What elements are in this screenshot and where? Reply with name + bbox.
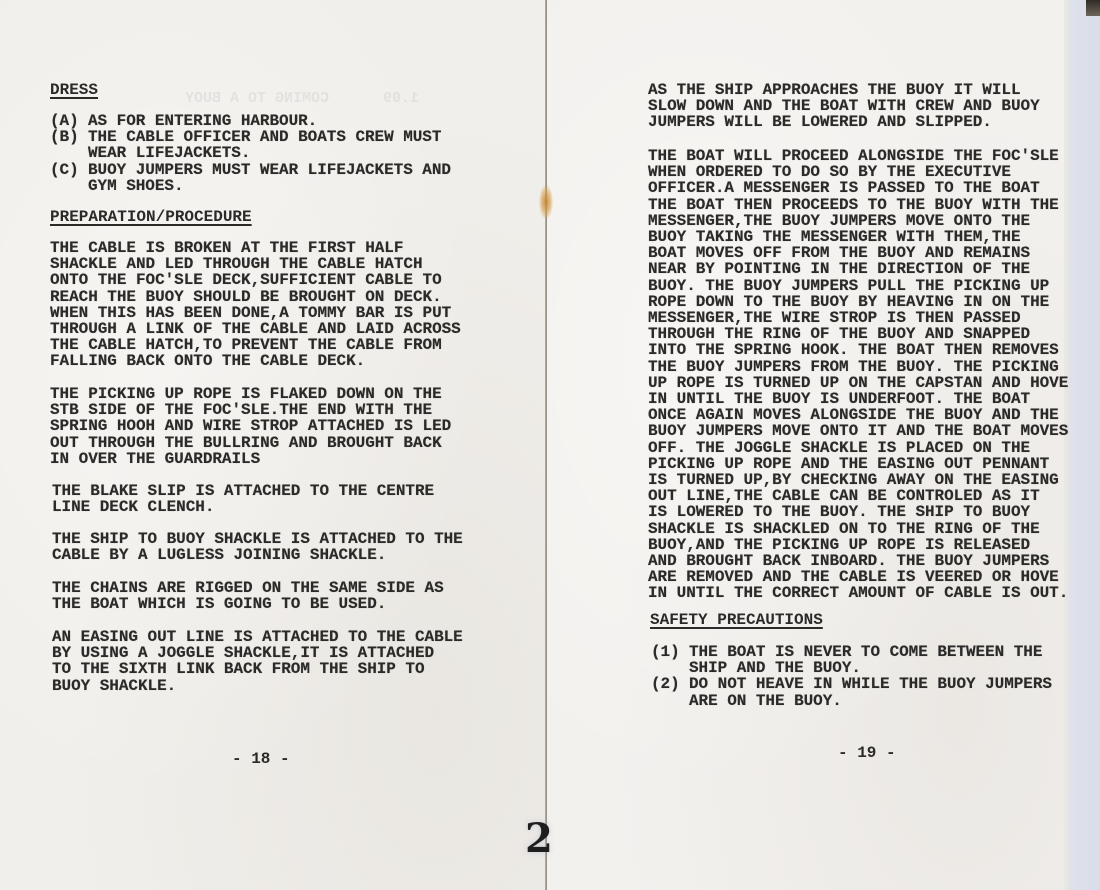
paragraph-text: AN EASING OUT LINE IS ATTACHED TO THE CA… [52,629,463,694]
list-text: THE BOAT IS NEVER TO COME BETWEEN THE [689,644,1042,660]
booklet-spread: 1.09 COMING TO A BUOY DRESS (A) AS FOR E… [0,0,1100,890]
right-paragraph-2: THE BOAT WILL PROCEED ALONGSIDE THE FOC'… [648,148,1068,602]
list-text: THE CABLE OFFICER AND BOATS CREW MUST [88,129,441,145]
list-text: AS FOR ENTERING HARBOUR. [88,113,317,129]
procedure-heading: PREPARATION/PROCEDURE [50,208,252,226]
paragraph-text: THE BLAKE SLIP IS ATTACHED TO THE CENTRE… [52,483,434,515]
list-text: BUOY JUMPERS MUST WEAR LIFEJACKETS AND [88,162,451,178]
safety-item-1-cont: SHIP AND THE BUOY. [651,660,1052,676]
dress-heading: DRESS [50,81,98,99]
dress-item-b-cont: WEAR LIFEJACKETS. [50,145,451,161]
safety-item-2-cont: ARE ON THE BUOY. [651,693,1052,709]
booklet-spine [545,0,547,890]
list-text: SHIP AND THE BUOY. [689,660,861,676]
list-marker: (A) [50,113,88,129]
safety-list: (1) THE BOAT IS NEVER TO COME BETWEEN TH… [651,644,1052,709]
list-marker: (C) [50,162,88,178]
paragraph-text: THE BOAT WILL PROCEED ALONGSIDE THE FOC'… [648,148,1068,602]
list-text: DO NOT HEAVE IN WHILE THE BUOY JUMPERS [689,676,1052,692]
scanner-corner-shadow [1086,0,1100,16]
procedure-paragraph-4: THE SHIP TO BUOY SHACKLE IS ATTACHED TO … [52,531,463,563]
list-text: WEAR LIFEJACKETS. [88,145,250,161]
safety-item-1: (1) THE BOAT IS NEVER TO COME BETWEEN TH… [651,644,1052,660]
dress-list: (A) AS FOR ENTERING HARBOUR. (B) THE CAB… [50,113,451,194]
list-marker: (1) [651,644,689,660]
paragraph-text: AS THE SHIP APPROACHES THE BUOY IT WILL … [648,82,1040,131]
safety-item-2: (2) DO NOT HEAVE IN WHILE THE BUOY JUMPE… [651,676,1052,692]
gutter-handwritten-mark: 2 [525,815,553,862]
procedure-paragraph-1: THE CABLE IS BROKEN AT THE FIRST HALF SH… [50,240,461,370]
dress-item-c: (C) BUOY JUMPERS MUST WEAR LIFEJACKETS A… [50,162,451,178]
procedure-paragraph-2: THE PICKING UP ROPE IS FLAKED DOWN ON TH… [50,386,451,467]
paragraph-text: THE CHAINS ARE RIGGED ON THE SAME SIDE A… [52,580,444,612]
paragraph-text: THE SHIP TO BUOY SHACKLE IS ATTACHED TO … [52,531,463,563]
dress-item-c-cont: GYM SHOES. [50,178,451,194]
paragraph-text: THE PICKING UP ROPE IS FLAKED DOWN ON TH… [50,386,451,467]
right-paragraph-1: AS THE SHIP APPROACHES THE BUOY IT WILL … [648,82,1040,131]
procedure-paragraph-5: THE CHAINS ARE RIGGED ON THE SAME SIDE A… [52,580,444,612]
page-number-left: - 18 - [232,750,290,768]
page-number-right: - 19 - [838,744,896,762]
procedure-paragraph-3: THE BLAKE SLIP IS ATTACHED TO THE CENTRE… [52,483,434,515]
list-marker: (2) [651,676,689,692]
dress-item-b: (B) THE CABLE OFFICER AND BOATS CREW MUS… [50,129,451,145]
procedure-paragraph-6: AN EASING OUT LINE IS ATTACHED TO THE CA… [52,629,463,694]
scanner-background-edge [1064,0,1100,890]
list-text: GYM SHOES. [88,178,184,194]
dress-item-a: (A) AS FOR ENTERING HARBOUR. [50,113,451,129]
staple-rust-mark [539,185,553,219]
list-text: ARE ON THE BUOY. [689,693,842,709]
list-marker: (B) [50,129,88,145]
safety-heading: SAFETY PRECAUTIONS [650,611,823,629]
paragraph-text: THE CABLE IS BROKEN AT THE FIRST HALF SH… [50,240,461,370]
